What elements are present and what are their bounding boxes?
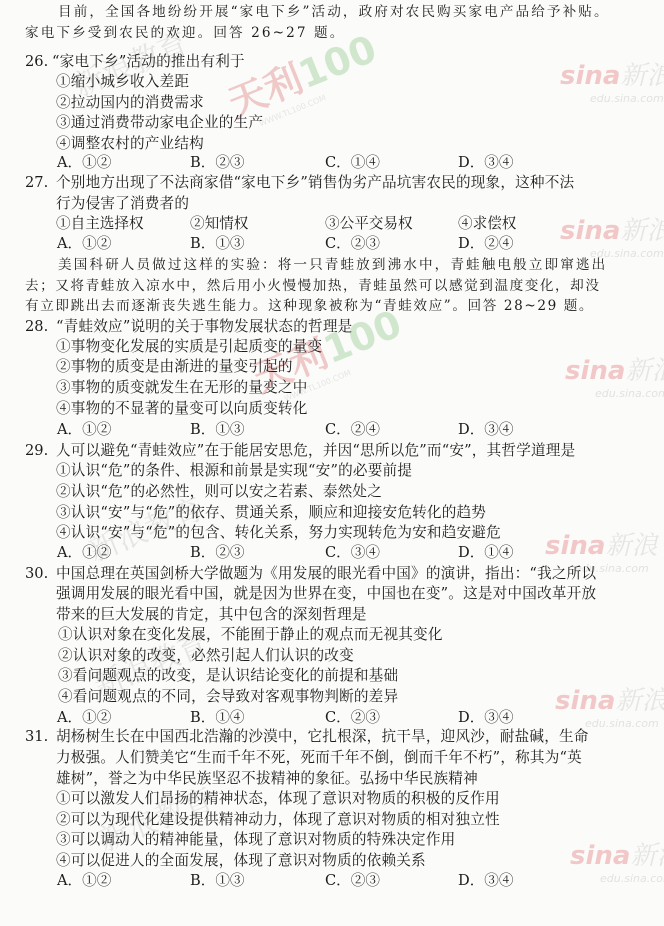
option-b[interactable]: B．①③ xyxy=(190,235,245,253)
option-d[interactable]: D．①④ xyxy=(458,544,513,562)
option-b[interactable]: B．①③ xyxy=(190,872,245,890)
question-stem: “青蛙效应”说明的关于事物发展状态的哲理是 xyxy=(56,318,352,336)
sina-watermark: sina新浪 edu.sina.com xyxy=(560,55,664,105)
question-stem: 带来的巨大发展的肯定，其中包含的深刻哲理是 xyxy=(56,606,367,624)
question-item: ②可以为现代化建设提供精神动力，体现了意识对物质的相对独立性 xyxy=(56,811,500,829)
sina-logo-icon: sina xyxy=(545,531,605,561)
question-stem: 中国总理在英国剑桥大学做题为《用发展的眼光看中国》的演讲，指出：“我之所以 xyxy=(56,565,596,583)
sina-watermark: sina新浪 edu.sina.com xyxy=(570,835,664,885)
question-stem: 胡杨树生长在中国西北浩瀚的沙漠中，它扎根深，抗干旱，迎风沙，耐盐碱，生命 xyxy=(56,728,589,746)
question-item: ④事物的不显著的量变可以向质变转化 xyxy=(56,400,308,418)
option-c[interactable]: C．②③ xyxy=(325,709,380,727)
question-item: ④认识“安”与“危”的包含、转化关系，努力实现转危为安和趋安避危 xyxy=(56,524,501,542)
question-stem: 行为侵害了消费者的 xyxy=(56,195,189,213)
question-item: ②事物的质变是由渐进的量变引起的 xyxy=(56,358,293,376)
option-a[interactable]: A．①② xyxy=(57,421,111,439)
option-d[interactable]: D．③④ xyxy=(458,421,513,439)
sina-watermark: sina新浪 edu.sina.com xyxy=(560,210,664,260)
question-stem: 强调用发展的眼光看中国，就是因为世界在变，中国也在变”。这是对中国改革开放 xyxy=(56,585,596,603)
question-item: ③看问题观点的改变，是认识结论变化的前提和基础 xyxy=(58,667,398,685)
passage-2-line-2: 去；又将青蛙放入凉水中，然后用小火慢慢加热，青蛙虽然可以感觉到温度变化，却没 xyxy=(25,277,600,295)
question-item: ②知情权 xyxy=(190,215,248,233)
question-number: 28. xyxy=(25,318,48,336)
option-b[interactable]: B．①③ xyxy=(190,421,245,439)
question-item: ④求偿权 xyxy=(458,215,516,233)
question-item: ③公平交易权 xyxy=(325,215,413,233)
question-stem: 力极强。人们赞美它“生而千年不死，死而千年不倒，倒而千年不朽”，称其为“英 xyxy=(56,749,582,767)
question-item: ①缩小城乡收入差距 xyxy=(56,73,189,91)
passage-1-line-2: 家电下乡受到农民的欢迎。回答 26~27 题。 xyxy=(25,24,345,42)
option-c[interactable]: C．③④ xyxy=(325,544,380,562)
option-c[interactable]: C．②③ xyxy=(325,872,380,890)
option-c[interactable]: C．②③ xyxy=(325,235,380,253)
option-d[interactable]: D．②④ xyxy=(458,235,513,253)
option-c[interactable]: C．②④ xyxy=(325,421,380,439)
question-item: ①认识“危”的条件、根源和前景是实现“安”的必要前提 xyxy=(56,462,412,480)
question-item: ④可以促进人的全面发展，体现了意识对物质的依赖关系 xyxy=(56,852,426,870)
sina-logo-icon: sina xyxy=(570,841,630,871)
sina-logo-icon: sina xyxy=(560,216,620,246)
question-stem: 个别地方出现了不法商家借“家电下乡”销售伪劣产品坑害农民的现象，这种不法 xyxy=(56,174,574,192)
option-c[interactable]: C．①④ xyxy=(325,154,380,172)
question-item: ③事物的质变就发生在无形的量变之中 xyxy=(56,379,308,397)
option-d[interactable]: D．③④ xyxy=(458,154,513,172)
option-b[interactable]: B．②③ xyxy=(190,154,245,172)
question-stem: “家电下乡”活动的推出有利于 xyxy=(52,53,245,71)
option-d[interactable]: D．③④ xyxy=(458,709,513,727)
question-item: ②认识对象的改变，必然引起人们认识的改变 xyxy=(58,647,354,665)
sina-watermark: sina新浪 edu.sina.com xyxy=(565,350,664,400)
question-item: ①事物变化发展的实质是引起质变的量变 xyxy=(56,338,322,356)
sina-logo-icon: sina xyxy=(555,686,615,716)
question-item: ③可以调动人的精神能量，体现了意识对物质的特殊决定作用 xyxy=(56,831,455,849)
passage-2-line-1: 美国科研人员做过这样的实验：将一只青蛙放到沸水中，青蛙触电般立即窜逃出 xyxy=(58,256,607,274)
question-item: ④调整农村的产业结构 xyxy=(56,135,204,153)
question-number: 27. xyxy=(25,174,48,192)
option-a[interactable]: A．①② xyxy=(57,872,111,890)
option-d[interactable]: D．③④ xyxy=(458,872,513,890)
question-item: ①认识对象在变化发展，不能囿于静止的观点而无视其变化 xyxy=(58,626,443,644)
option-b[interactable]: B．①④ xyxy=(190,709,245,727)
sina-watermark: sina新浪 edu.sina.com xyxy=(555,680,664,730)
question-item: ③通过消费带动家电企业的生产 xyxy=(56,114,263,132)
option-a[interactable]: A．①② xyxy=(57,235,111,253)
question-item: ①可以激发人们昂扬的精神状态，体现了意识对物质的积极的反作用 xyxy=(56,790,500,808)
tl100-watermark-url: WWW.TL100.COM xyxy=(258,69,387,128)
question-item: ③认识“安”与“危”的依存、贯通关系，顺应和迎接安危转化的趋势 xyxy=(56,504,486,522)
question-item: ②拉动国内的消费需求 xyxy=(56,94,204,112)
question-number: 30. xyxy=(25,565,48,583)
sina-logo-icon: sina xyxy=(560,61,620,91)
question-stem: 雄树”，誉之为中华民族坚忍不拔精神的象征。弘扬中华民族精神 xyxy=(56,770,478,788)
option-a[interactable]: A．①② xyxy=(57,709,111,727)
question-stem: 人可以避免“青蛙效应”在于能居安思危，并因“思所以危”而“安”，其哲学道理是 xyxy=(56,442,575,460)
question-item: ①自主选择权 xyxy=(56,215,144,233)
question-number: 29. xyxy=(25,442,48,460)
question-item: ④看问题观点的不同，会导致对客观事物判断的差异 xyxy=(58,688,398,706)
question-number: 26. xyxy=(25,53,48,71)
question-item: ②认识“危”的必然性，则可以安之若素、泰然处之 xyxy=(56,483,382,501)
passage-2-line-3: 有立即跳出去而逐渐丧失逃生能力。这种现象被称为“青蛙效应”。回答 28~29 题… xyxy=(25,297,594,315)
question-number: 31. xyxy=(25,728,48,746)
option-b[interactable]: B．②③ xyxy=(190,544,245,562)
option-a[interactable]: A．①② xyxy=(57,154,111,172)
passage-1-line-1: 目前，全国各地纷纷开展“家电下乡”活动，政府对农民购买家电产品给予补贴。 xyxy=(58,3,610,21)
sina-logo-icon: sina xyxy=(565,356,625,386)
option-a[interactable]: A．①② xyxy=(57,544,111,562)
